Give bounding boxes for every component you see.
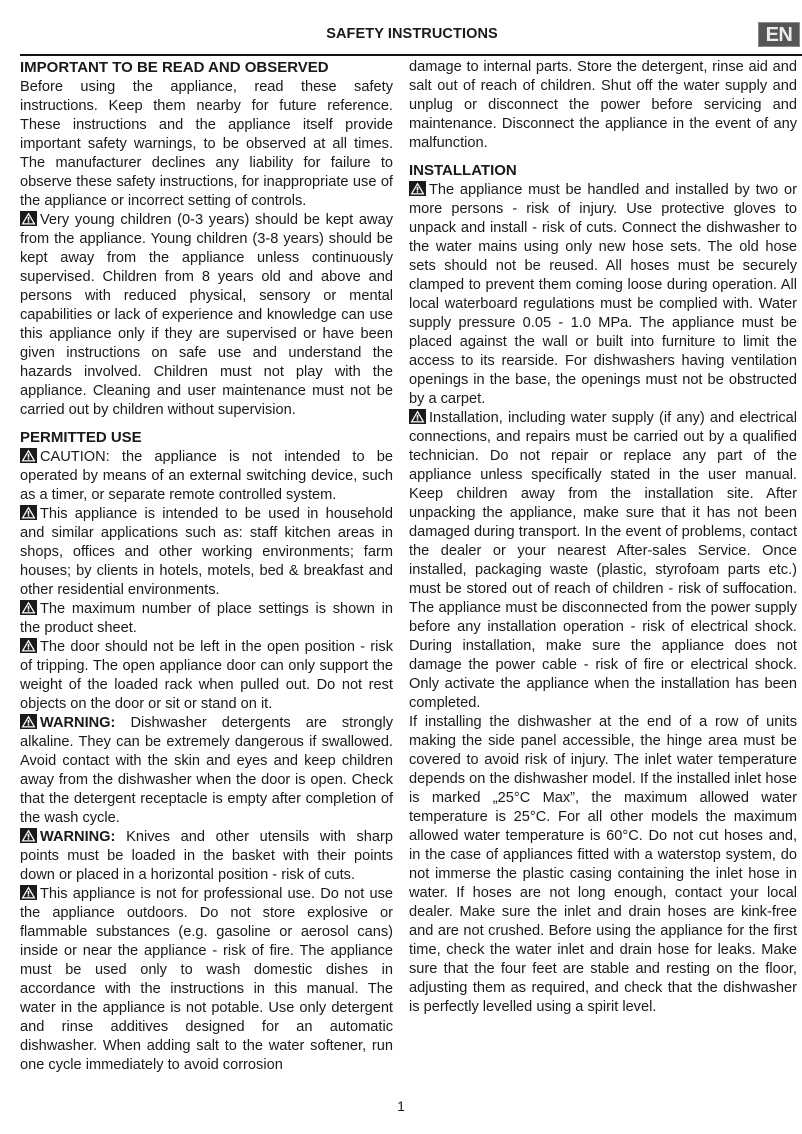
- warning-triangle-icon: [409, 181, 426, 196]
- household-text: This appliance is intended to be used in…: [20, 506, 393, 598]
- detergent-warning-text: Dishwasher detergents are strongly alkal…: [20, 715, 393, 826]
- section-heading-permitted-use: PERMITTED USE: [20, 428, 393, 448]
- warning-triangle-icon: [20, 828, 37, 843]
- warning-triangle-icon: [409, 409, 426, 424]
- door-text: The door should not be left in the open …: [20, 639, 393, 712]
- continuation-paragraph: damage to internal parts. Store the dete…: [409, 58, 797, 153]
- technician-text: Installation, including water supply (if…: [409, 410, 797, 711]
- section-heading-important: IMPORTANT TO BE READ AND OBSERVED: [20, 58, 393, 78]
- professional-use-text: This appliance is not for professional u…: [20, 886, 393, 1073]
- technician-paragraph: Installation, including water supply (if…: [409, 409, 797, 713]
- left-column: IMPORTANT TO BE READ AND OBSERVED Before…: [20, 58, 393, 1075]
- section-heading-installation: INSTALLATION: [409, 161, 797, 181]
- warning-label: WARNING:: [40, 829, 115, 845]
- knives-warning-paragraph: WARNING: Knives and other utensils with …: [20, 828, 393, 885]
- section-spacer: [20, 420, 393, 428]
- warning-triangle-icon: [20, 600, 37, 615]
- door-paragraph: The door should not be left in the open …: [20, 638, 393, 714]
- professional-use-paragraph: This appliance is not for professional u…: [20, 885, 393, 1075]
- handling-text: The appliance must be handled and instal…: [409, 182, 797, 407]
- page-number: 1: [0, 1098, 802, 1114]
- detergent-warning-paragraph: WARNING: Dishwasher detergents are stron…: [20, 714, 393, 828]
- warning-triangle-icon: [20, 211, 37, 226]
- end-of-row-paragraph: If installing the dishwasher at the end …: [409, 713, 797, 1017]
- caution-text: CAUTION: the appliance is not intended t…: [20, 449, 393, 503]
- warning-triangle-icon: [20, 448, 37, 463]
- household-paragraph: This appliance is intended to be used in…: [20, 505, 393, 600]
- section-spacer: [409, 153, 797, 161]
- warning-triangle-icon: [20, 638, 37, 653]
- language-badge: EN: [758, 22, 800, 47]
- place-settings-text: The maximum number of place settings is …: [20, 601, 393, 636]
- header-divider: [20, 54, 802, 56]
- page-header: SAFETY INSTRUCTIONS EN: [20, 18, 802, 52]
- children-warning-paragraph: Very young children (0-3 years) should b…: [20, 211, 393, 420]
- handling-paragraph: The appliance must be handled and instal…: [409, 181, 797, 409]
- page-title: SAFETY INSTRUCTIONS: [20, 26, 802, 42]
- place-settings-paragraph: The maximum number of place settings is …: [20, 600, 393, 638]
- warning-label: WARNING:: [40, 715, 115, 731]
- right-column: damage to internal parts. Store the dete…: [409, 58, 797, 1017]
- caution-paragraph: CAUTION: the appliance is not intended t…: [20, 448, 393, 505]
- intro-paragraph: Before using the appliance, read these s…: [20, 78, 393, 211]
- warning-triangle-icon: [20, 885, 37, 900]
- warning-triangle-icon: [20, 714, 37, 729]
- warning-triangle-icon: [20, 505, 37, 520]
- children-warning-text: Very young children (0-3 years) should b…: [20, 212, 393, 418]
